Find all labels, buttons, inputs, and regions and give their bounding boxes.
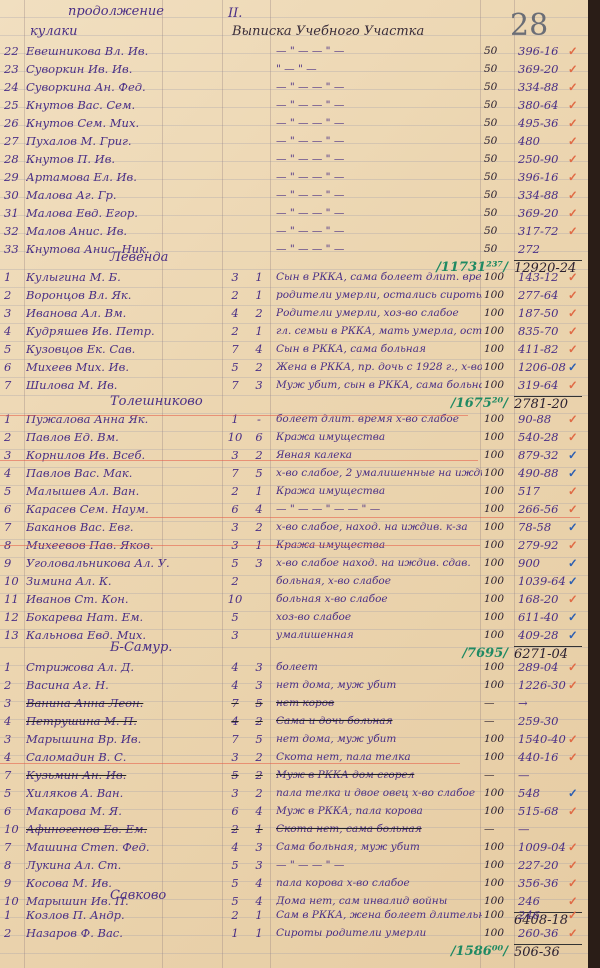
percent-value: 100 <box>484 286 514 304</box>
check-mark-icon: ✓ <box>568 536 584 554</box>
reason-text: нет дома, муж убит <box>276 730 482 748</box>
family-size: 2 <box>226 906 244 924</box>
family-size: 4 <box>226 676 244 694</box>
row-number: 7 <box>4 766 24 784</box>
table-row: 3Иванова Ал. Вм.42Родители умерли, хоз-в… <box>0 304 588 322</box>
reason-text: х-во слабое, наход. на иждив. к-за <box>276 518 482 536</box>
percent-value: 100 <box>484 924 514 942</box>
reason-text: — " — — " — <box>276 96 482 114</box>
table-row: 29Артамова Ел. Ив.— " — — " —50396-16✓ <box>0 168 588 186</box>
percent-value: 50 <box>484 150 514 168</box>
subtotal-amount: 506-36 <box>514 944 582 960</box>
check-mark-icon: ✓ <box>568 322 584 340</box>
row-number: 1 <box>4 906 24 924</box>
red-pencil-line <box>0 460 478 461</box>
row-number: 9 <box>4 874 24 892</box>
percent-value: 100 <box>484 500 514 518</box>
check-mark-icon: ✓ <box>568 340 584 358</box>
table-row: 9Косова М. Ив.54пала корова х-во слабое1… <box>0 874 588 892</box>
person-name: Хиляков А. Ван. <box>26 784 221 802</box>
person-name: Артамова Ел. Ив. <box>26 168 221 186</box>
children-count: - <box>250 410 268 428</box>
row-number: 5 <box>4 482 24 500</box>
children-count: 5 <box>250 730 268 748</box>
children-count: 1 <box>250 482 268 500</box>
person-name: Макарова М. Я. <box>26 802 221 820</box>
children-count: 3 <box>250 676 268 694</box>
family-size: 7 <box>226 694 244 712</box>
family-size: 2 <box>226 572 244 590</box>
family-size: 2 <box>226 286 244 304</box>
row-number: 4 <box>4 712 24 730</box>
person-name: Кузьмин Ан. Ив. <box>26 766 221 784</box>
person-name: Кудряшев Ив. Петр. <box>26 322 221 340</box>
family-size: 5 <box>226 358 244 376</box>
reason-text: болеет <box>276 658 482 676</box>
check-mark-icon: ✓ <box>568 626 584 644</box>
table-row: 1Кулыгина М. Б.31Сын в РККА, сама болеет… <box>0 268 588 286</box>
row-number: 22 <box>4 42 24 60</box>
amount-value: 409-28 <box>518 626 568 644</box>
amount-value: 490-88 <box>518 464 568 482</box>
person-name: Ванина Анна Леон. <box>26 694 221 712</box>
person-name: Суворкин Ив. Ив. <box>26 60 221 78</box>
page-number: 28 <box>510 8 548 43</box>
children-count: 4 <box>250 500 268 518</box>
row-number: 1 <box>4 410 24 428</box>
percent-value: 50 <box>484 132 514 150</box>
percent-value: 100 <box>484 658 514 676</box>
amount-value: 611-40 <box>518 608 568 626</box>
table-row: 7Машина Степ. Фед.43Сама больная, муж уб… <box>0 838 588 856</box>
table-row: 2Воронцов Вл. Як.21родители умерли, оста… <box>0 286 588 304</box>
amount-value: 1540-40 <box>518 730 568 748</box>
check-mark-icon: ✓ <box>568 358 584 376</box>
reason-text: — " — — " — <box>276 150 482 168</box>
row-number: 7 <box>4 518 24 536</box>
percent-value: 100 <box>484 268 514 286</box>
person-name: Кнутов Сем. Мих. <box>26 114 221 132</box>
children-count: 4 <box>250 874 268 892</box>
reason-text: нет коров <box>276 694 482 712</box>
row-number: 9 <box>4 554 24 572</box>
table-row: 1Пужалова Анна Як.1-болеет длит. время х… <box>0 410 588 428</box>
percent-value: 100 <box>484 838 514 856</box>
table-row: 3Корнилов Ив. Всеб.32Явная калека100879-… <box>0 446 588 464</box>
person-name: Воронцов Вл. Як. <box>26 286 221 304</box>
table-row: 25Кнутов Вас. Сем.— " — — " —50380-64✓ <box>0 96 588 114</box>
percent-value: 100 <box>484 410 514 428</box>
check-mark-icon: ✓ <box>568 222 584 240</box>
check-mark-icon: ✓ <box>568 42 584 60</box>
check-mark-icon: ✓ <box>568 676 584 694</box>
reason-text: — " — — " — — " — <box>276 500 482 518</box>
table-row: 28Кнутов П. Ив.— " — — " —50250-90✓ <box>0 150 588 168</box>
red-pencil-line <box>0 763 460 764</box>
amount-value: 143-12 <box>518 268 568 286</box>
check-mark-icon: ✓ <box>568 482 584 500</box>
reason-text: Кража имущества <box>276 428 482 446</box>
check-mark-icon: ✓ <box>568 554 584 572</box>
reason-text: Муж убит, сын в РККА, сама больная <box>276 376 482 394</box>
percent-value: 100 <box>484 590 514 608</box>
person-name: Зимина Ал. К. <box>26 572 221 590</box>
check-mark-icon: ✓ <box>568 730 584 748</box>
reason-text: Родители умерли, хоз-во слабое <box>276 304 482 322</box>
family-size: 7 <box>226 376 244 394</box>
person-name: Иванова Ал. Вм. <box>26 304 221 322</box>
person-name: Евешникова Вл. Ив. <box>26 42 221 60</box>
table-row: 10Афиногенов Ев. Ем.21Скота нет, сама бо… <box>0 820 588 838</box>
table-row: 24Суворкина Ан. Фед.— " — — " —50334-88✓ <box>0 78 588 96</box>
check-mark-icon: ✓ <box>568 658 584 676</box>
reason-text: болеет длит. время х-во слабое <box>276 410 482 428</box>
check-mark-icon: ✓ <box>568 464 584 482</box>
section-title: кулаки <box>30 24 77 39</box>
family-size: 3 <box>226 518 244 536</box>
section-title: Толешниково <box>110 394 203 409</box>
person-name: Уголовальникова Ал. У. <box>26 554 221 572</box>
red-pencil-line <box>0 545 480 546</box>
reason-text: Сын в РККА, сама больная <box>276 340 482 358</box>
row-number: 2 <box>4 428 24 446</box>
percent-value: 100 <box>484 748 514 766</box>
row-number: 6 <box>4 500 24 518</box>
row-number: 2 <box>4 286 24 304</box>
row-number: 23 <box>4 60 24 78</box>
table-row: 6Михеев Мих. Ив.52Жена в РККА, пр. дочь … <box>0 358 588 376</box>
percent-value: 100 <box>484 626 514 644</box>
reason-text: родители умерли, остались сироты <box>276 286 482 304</box>
row-number: 1 <box>4 658 24 676</box>
check-mark-icon: ✓ <box>568 376 584 394</box>
header-column-roman: II. <box>228 6 242 21</box>
person-name: Лукина Ал. Ст. <box>26 856 221 874</box>
person-name: Назаров Ф. Вас. <box>26 924 221 942</box>
percent-value: 50 <box>484 204 514 222</box>
row-number: 8 <box>4 856 24 874</box>
person-name: Петрушина М. П. <box>26 712 221 730</box>
reason-text: хоз-во слабое <box>276 608 482 626</box>
amount-value: — <box>518 820 568 838</box>
children-count: 6 <box>250 428 268 446</box>
children-count: 3 <box>250 856 268 874</box>
person-name: Корнилов Ив. Всеб. <box>26 446 221 464</box>
person-name: Малова Евд. Егор. <box>26 204 221 222</box>
row-number: 6 <box>4 802 24 820</box>
amount-value: 517 <box>518 482 568 500</box>
reason-text: " — " — <box>276 60 482 78</box>
red-pencil-line <box>0 415 468 416</box>
percent-value: 100 <box>484 802 514 820</box>
family-size: 7 <box>226 464 244 482</box>
person-name: Марышина Вр. Ив. <box>26 730 221 748</box>
table-row: 5Малышев Ал. Ван.21Кража имущества100517… <box>0 482 588 500</box>
family-size: 7 <box>226 340 244 358</box>
children-count: 2 <box>250 304 268 322</box>
check-mark-icon: ✓ <box>568 608 584 626</box>
amount-value: 187-50 <box>518 304 568 322</box>
person-name: Шилова М. Ив. <box>26 376 221 394</box>
percent-value: 50 <box>484 240 514 258</box>
person-name: Васина Аг. Н. <box>26 676 221 694</box>
row-number: 12 <box>4 608 24 626</box>
table-row: 1Стрижова Ал. Д.43болеет100289-04✓ <box>0 658 588 676</box>
check-mark-icon: ✓ <box>568 268 584 286</box>
check-mark-icon: ✓ <box>568 150 584 168</box>
check-mark-icon: ✓ <box>568 838 584 856</box>
reason-text: Сын в РККА, сама болеет длит. время <box>276 268 482 286</box>
table-row: 33Кнутова Анис. Ник.— " — — " —50272 <box>0 240 588 258</box>
percent-value: 100 <box>484 572 514 590</box>
amount-value: 1206-08 <box>518 358 568 376</box>
row-number: 31 <box>4 204 24 222</box>
children-count: 1 <box>250 322 268 340</box>
children-count: 1 <box>250 820 268 838</box>
amount-value: 334-88 <box>518 186 568 204</box>
check-mark-icon: ✓ <box>568 60 584 78</box>
table-row: 9Уголовальникова Ал. У.53х-во слабое нах… <box>0 554 588 572</box>
children-count: 1 <box>250 906 268 924</box>
row-number: 5 <box>4 784 24 802</box>
subtotal-green: /1586⁰⁰/ <box>412 944 508 959</box>
percent-value: 100 <box>484 784 514 802</box>
amount-value: 250-90 <box>518 150 568 168</box>
row-number: 28 <box>4 150 24 168</box>
amount-value: 380-64 <box>518 96 568 114</box>
table-row: 5Хиляков А. Ван.32пала телка и двое овец… <box>0 784 588 802</box>
amount-value: 1039-64 <box>518 572 568 590</box>
reason-text: Муж в РККА дом сгорел <box>276 766 482 784</box>
amount-value: 289-04 <box>518 658 568 676</box>
amount-value: 246 <box>518 906 568 924</box>
reason-text: Жена в РККА, пр. дочь с 1928 г., х-во сл… <box>276 358 482 376</box>
header-continuation: продолжение <box>68 4 164 19</box>
check-mark-icon: ✓ <box>568 572 584 590</box>
table-row: 6Карасев Сем. Наум.64— " — — " — — " —10… <box>0 500 588 518</box>
reason-text: гл. семьи в РККА, мать умерла, осталась … <box>276 322 482 340</box>
reason-text: больная, х-во слабое <box>276 572 482 590</box>
children-count: 1 <box>250 268 268 286</box>
children-count: 2 <box>250 358 268 376</box>
person-name: Суворкина Ан. Фед. <box>26 78 221 96</box>
table-row: 11Иванов Ст. Кон.10больная х-во слабое10… <box>0 590 588 608</box>
reason-text: пала телка и двое овец х-во слабое <box>276 784 482 802</box>
person-name: Машина Степ. Фед. <box>26 838 221 856</box>
check-mark-icon: ✓ <box>568 304 584 322</box>
percent-value: 100 <box>484 376 514 394</box>
family-size: 2 <box>226 322 244 340</box>
check-mark-icon: ✓ <box>568 802 584 820</box>
row-number: 29 <box>4 168 24 186</box>
percent-value: 50 <box>484 168 514 186</box>
reason-text: — " — — " — <box>276 222 482 240</box>
row-number: 3 <box>4 730 24 748</box>
row-number: 25 <box>4 96 24 114</box>
reason-text: Скота нет, сама больная <box>276 820 482 838</box>
percent-value: 100 <box>484 856 514 874</box>
row-number: 32 <box>4 222 24 240</box>
percent-value: 100 <box>484 428 514 446</box>
amount-value: 90-88 <box>518 410 568 428</box>
amount-value: 279-92 <box>518 536 568 554</box>
table-row: 12Бокарева Нат. Ем.5хоз-во слабое100611-… <box>0 608 588 626</box>
row-number: 30 <box>4 186 24 204</box>
check-mark-icon: ✓ <box>568 784 584 802</box>
children-count: 1 <box>250 286 268 304</box>
table-row: 3Марышина Вр. Ив.75нет дома, муж убит100… <box>0 730 588 748</box>
family-size: 5 <box>226 874 244 892</box>
family-size: 5 <box>226 554 244 572</box>
reason-text: — " — — " — <box>276 240 482 258</box>
percent-value: 100 <box>484 464 514 482</box>
percent-value: 100 <box>484 874 514 892</box>
percent-value: 100 <box>484 304 514 322</box>
family-size: 3 <box>226 784 244 802</box>
row-number: 11 <box>4 590 24 608</box>
percent-value: 50 <box>484 222 514 240</box>
row-number: 27 <box>4 132 24 150</box>
row-number: 7 <box>4 838 24 856</box>
children-count: 2 <box>250 712 268 730</box>
check-mark-icon: ✓ <box>568 204 584 222</box>
amount-value: 227-20 <box>518 856 568 874</box>
amount-value: — <box>518 766 568 784</box>
family-size: 4 <box>226 304 244 322</box>
amount-value: 396-16 <box>518 42 568 60</box>
person-name: Кнутов П. Ив. <box>26 150 221 168</box>
children-count: 3 <box>250 838 268 856</box>
percent-value: 50 <box>484 96 514 114</box>
reason-text: — " — — " — <box>276 132 482 150</box>
person-name: Малышев Ал. Ван. <box>26 482 221 500</box>
amount-value: 260-36 <box>518 924 568 942</box>
percent-value: 100 <box>484 676 514 694</box>
check-mark-icon: ✓ <box>568 748 584 766</box>
table-row: 4Петрушина М. П.42Сама и дочь больная—25… <box>0 712 588 730</box>
ledger-page: 28 продолжение II. Выписка Учебного Учас… <box>0 0 588 968</box>
reason-text: — " — — " — <box>276 186 482 204</box>
family-size: 5 <box>226 608 244 626</box>
amount-value: → <box>518 694 568 712</box>
amount-value: 480 <box>518 132 568 150</box>
percent-value: 100 <box>484 730 514 748</box>
row-number: 1 <box>4 268 24 286</box>
family-size: 7 <box>226 730 244 748</box>
row-number: 6 <box>4 358 24 376</box>
check-mark-icon: ✓ <box>568 924 584 942</box>
percent-value: 100 <box>484 358 514 376</box>
check-mark-icon: ✓ <box>568 168 584 186</box>
row-number: 2 <box>4 676 24 694</box>
person-name: Кузовцов Ек. Сав. <box>26 340 221 358</box>
children-count: 4 <box>250 340 268 358</box>
table-row: 6Макарова М. Я.64Муж в РККА, пала корова… <box>0 802 588 820</box>
children-count: 2 <box>250 518 268 536</box>
family-size: 10 <box>226 590 244 608</box>
amount-value: 369-20 <box>518 204 568 222</box>
person-name: Баканов Вас. Евг. <box>26 518 221 536</box>
amount-value: 259-30 <box>518 712 568 730</box>
check-mark-icon: ✓ <box>568 874 584 892</box>
percent-value: 100 <box>484 518 514 536</box>
row-number: 7 <box>4 376 24 394</box>
percent-value: 100 <box>484 446 514 464</box>
children-count: 3 <box>250 658 268 676</box>
section-title: Савково <box>110 888 166 903</box>
check-mark-icon: ✓ <box>568 518 584 536</box>
table-row: 22Евешникова Вл. Ив.— " — — " —50396-16✓ <box>0 42 588 60</box>
percent-value: 100 <box>484 340 514 358</box>
person-name: Стрижова Ал. Д. <box>26 658 221 676</box>
reason-text: Муж в РККА, пала корова <box>276 802 482 820</box>
percent-value: 100 <box>484 322 514 340</box>
row-number: 10 <box>4 572 24 590</box>
percent-value: 100 <box>484 536 514 554</box>
family-size: 3 <box>226 446 244 464</box>
table-row: 2Павлов Ед. Вм.106Кража имущества100540-… <box>0 428 588 446</box>
family-size: 2 <box>226 482 244 500</box>
percent-value: — <box>484 694 514 712</box>
person-name: Пухалов М. Григ. <box>26 132 221 150</box>
amount-value: 356-36 <box>518 874 568 892</box>
red-pencil-line <box>140 517 580 518</box>
section-title: Б-Самур. <box>110 640 172 655</box>
family-size: 2 <box>226 820 244 838</box>
person-name: Павлов Вас. Мак. <box>26 464 221 482</box>
person-name: Малов Анис. Ив. <box>26 222 221 240</box>
person-name: Павлов Ед. Вм. <box>26 428 221 446</box>
percent-value: 100 <box>484 906 514 924</box>
family-size: 4 <box>226 712 244 730</box>
person-name: Иванов Ст. Кон. <box>26 590 221 608</box>
amount-value: 272 <box>518 240 568 258</box>
reason-text: Сама и дочь больная <box>276 712 482 730</box>
check-mark-icon: ✓ <box>568 132 584 150</box>
check-mark-icon: ✓ <box>568 96 584 114</box>
check-mark-icon: ✓ <box>568 428 584 446</box>
amount-value: 277-64 <box>518 286 568 304</box>
table-row: 7Шилова М. Ив.73Муж убит, сын в РККА, са… <box>0 376 588 394</box>
reason-text: Сама больная, муж убит <box>276 838 482 856</box>
family-size: 10 <box>226 428 244 446</box>
amount-value: 495-36 <box>518 114 568 132</box>
row-number: 13 <box>4 626 24 644</box>
children-count: 3 <box>250 554 268 572</box>
table-row: 7Кузьмин Ан. Ив.52Муж в РККА дом сгорел—… <box>0 766 588 784</box>
children-count: 3 <box>250 376 268 394</box>
family-size: 5 <box>226 856 244 874</box>
person-name: Карасев Сем. Наум. <box>26 500 221 518</box>
check-mark-icon: ✓ <box>568 286 584 304</box>
amount-value: 411-82 <box>518 340 568 358</box>
family-size: 4 <box>226 838 244 856</box>
table-row: 30Малова Аг. Гр.— " — — " —50334-88✓ <box>0 186 588 204</box>
person-name: Козлов П. Андр. <box>26 906 221 924</box>
row-number: 3 <box>4 446 24 464</box>
amount-value: 879-32 <box>518 446 568 464</box>
amount-value: 548 <box>518 784 568 802</box>
percent-value: 50 <box>484 42 514 60</box>
amount-value: 540-28 <box>518 428 568 446</box>
person-name: Кулыгина М. Б. <box>26 268 221 286</box>
check-mark-icon: ✓ <box>568 78 584 96</box>
children-count: 2 <box>250 766 268 784</box>
reason-text: пала корова х-во слабое <box>276 874 482 892</box>
row-number: 24 <box>4 78 24 96</box>
amount-value: 396-16 <box>518 168 568 186</box>
children-count: 2 <box>250 446 268 464</box>
